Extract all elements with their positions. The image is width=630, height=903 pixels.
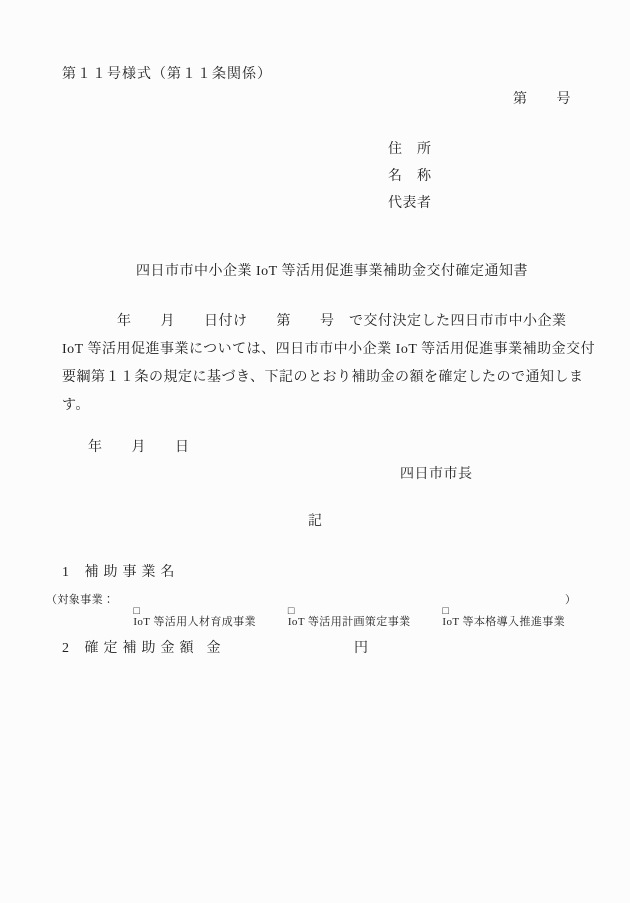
body-paragraph-line: す。 [62,399,90,413]
section-2-label: 確定補助金額 [85,642,199,656]
body-paragraph-line: 年 月 日付け 第 号 で交付決定した四日市市中小企業 [62,315,567,329]
recipient-name-label: 名 称 [388,170,432,184]
target-project-option-label: IoT 等本格導入推進事業 [442,616,565,628]
target-project-option: □ IoT 等本格導入推進事業 [424,595,566,639]
section-2-confirmed-amount: 2 確定補助金額 金 円 [62,642,369,656]
target-project-option: □ IoT 等活用計画策定事業 [269,595,411,639]
section-1-label: 補助事業名 [85,566,180,580]
document-title: 四日市市中小企業 IoT 等活用促進事業補助金交付確定通知書 [0,265,630,279]
section-1-project-name: 1 補助事業名 [62,566,180,580]
issue-date-blank: 年 月 日 [88,441,190,455]
recipient-address-label: 住 所 [388,143,432,157]
ki-marker: 記 [0,515,630,529]
document-page: 第１１号様式（第１１条関係） 第 号 住 所 名 称 代表者 四日市市中小企業 … [0,0,630,903]
recipient-representative-label: 代表者 [388,197,432,211]
target-projects-prefix: （対象事業： [46,595,114,606]
sender-mayor: 四日市市長 [400,468,473,482]
section-1-number: 1 [62,566,70,580]
target-projects-note: （対象事業： □ IoT 等活用人材育成事業 □ IoT 等活用計画策定事業 □… [46,595,576,639]
document-number-blank: 第 号 [513,93,571,107]
target-project-option-label: IoT 等活用人材育成事業 [133,616,256,628]
form-number: 第１１号様式（第１１条関係） [62,68,272,82]
target-project-option: □ IoT 等活用人材育成事業 [114,595,256,639]
body-paragraph-line: IoT 等活用促進事業については、四日市市中小企業 IoT 等活用促進事業補助金… [62,343,595,357]
section-2-number: 2 [62,642,70,656]
amount-prefix-kin: 金 [207,642,222,656]
body-paragraph-line: 要綱第１１条の規定に基づき、下記のとおり補助金の額を確定したので通知しま [62,371,583,385]
target-project-option-label: IoT 等活用計画策定事業 [288,616,411,628]
amount-suffix-yen: 円 [354,642,369,656]
target-projects-suffix: ） [565,595,576,606]
